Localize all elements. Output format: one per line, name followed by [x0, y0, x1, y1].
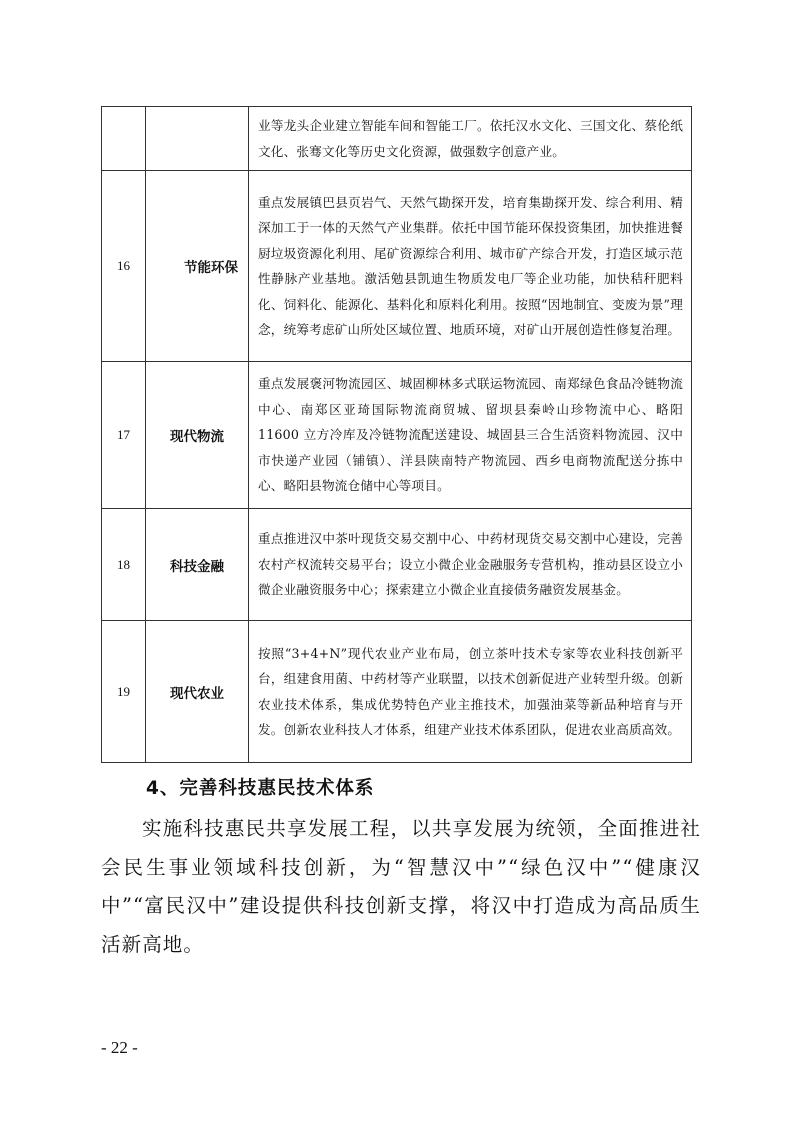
row-description: 重点发展镇巴县页岩气、天然气勘探开发，培育集勘探开发、综合利用、精深加工于一体的…: [249, 171, 692, 362]
row-description: 按照“3+4+N”现代农业产业布局，创立茶叶技术专家等农业科技创新平台，组建食用…: [249, 621, 692, 763]
row-number: 17: [102, 362, 146, 509]
row-category: [146, 107, 249, 171]
table-row: 19 现代农业 按照“3+4+N”现代农业产业布局，创立茶叶技术专家等农业科技创…: [102, 621, 692, 763]
row-category: 现代物流: [146, 362, 249, 509]
industry-table: 业等龙头企业建立智能车间和智能工厂。依托汉水文化、三国文化、蔡伦纸文化、张骞文化…: [101, 106, 692, 763]
row-category: 节能环保: [146, 171, 249, 362]
table-row: 18 科技金融 重点推进汉中茶叶现货交易交割中心、中药材现货交易交割中心建设，完…: [102, 509, 692, 621]
row-number: 19: [102, 621, 146, 763]
row-number: 16: [102, 171, 146, 362]
row-category: 现代农业: [146, 621, 249, 763]
row-description: 业等龙头企业建立智能车间和智能工厂。依托汉水文化、三国文化、蔡伦纸文化、张骞文化…: [249, 107, 692, 171]
row-description: 重点发展褒河物流园区、城固柳林多式联运物流园、南郑绿色食品冷链物流中心、南郑区亚…: [249, 362, 692, 509]
table-row: 业等龙头企业建立智能车间和智能工厂。依托汉水文化、三国文化、蔡伦纸文化、张骞文化…: [102, 107, 692, 171]
table-row: 16 节能环保 重点发展镇巴县页岩气、天然气勘探开发，培育集勘探开发、综合利用、…: [102, 171, 692, 362]
body-paragraph: 实施科技惠民共享发展工程，以共享发展为统领，全面推进社会民生事业领域科技创新，为…: [101, 810, 701, 965]
page-number: - 22 -: [101, 1038, 138, 1058]
table-row: 17 现代物流 重点发展褒河物流园区、城固柳林多式联运物流园、南郑绿色食品冷链物…: [102, 362, 692, 509]
row-number: 18: [102, 509, 146, 621]
section-heading: 4、完善科技惠民技术体系: [146, 774, 374, 800]
row-description: 重点推进汉中茶叶现货交易交割中心、中药材现货交易交割中心建设，完善农村产权流转交…: [249, 509, 692, 621]
row-category: 科技金融: [146, 509, 249, 621]
row-number: [102, 107, 146, 171]
document-page: 业等龙头企业建立智能车间和智能工厂。依托汉水文化、三国文化、蔡伦纸文化、张骞文化…: [0, 0, 793, 1122]
